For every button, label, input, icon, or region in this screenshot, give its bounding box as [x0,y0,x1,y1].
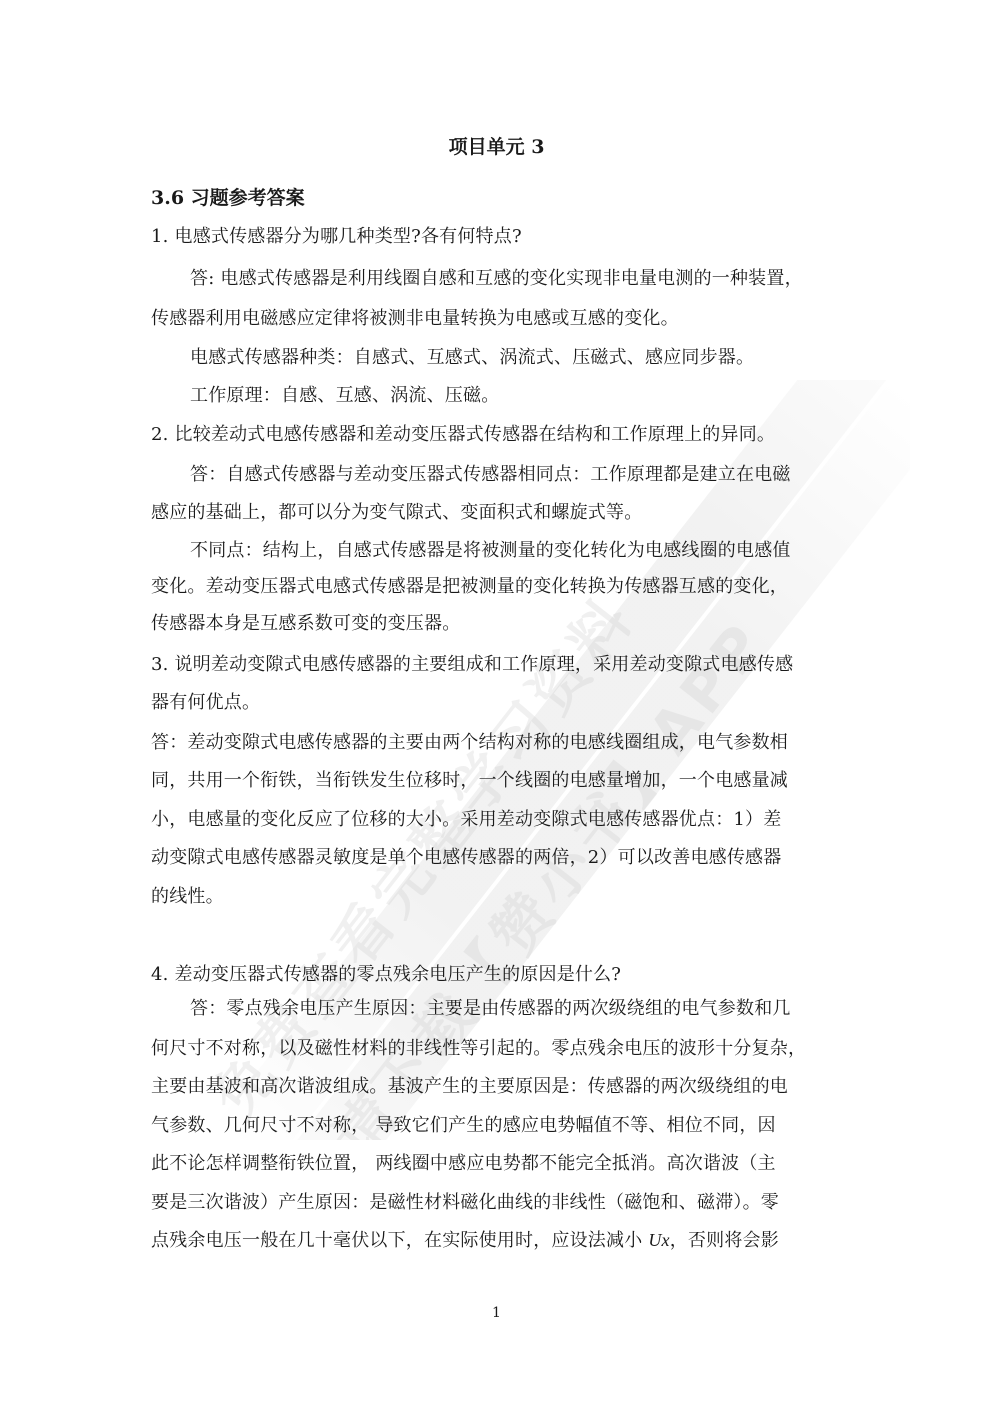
answer-1-types: 电感式传感器种类：自感式、互感式、涡流式、压磁式、感应同步器。 [190,343,754,369]
answer-2-line: 感应的基础上，都可以分为变气隙式、变面积式和螺旋式等。 [151,498,642,524]
answer-4-line: 气参数、几何尺寸不对称， 导致它们产生的感应电势幅值不等、相位不同，因 [151,1111,776,1137]
answer-3-line: 答：差动变隙式电感传感器的主要由两个结构对称的电感线圈组成，电气参数相 [151,728,788,754]
answer-4-line: 答：零点残余电压产生原因：主要是由传感器的两次级绕组的电气参数和几 [190,994,791,1020]
answer-4-text-end: ，否则将会影 [670,1230,779,1251]
question-2: 2. 比较差动式电感传感器和差动变压器式传感器在结构和工作原理上的异同。 [151,420,775,446]
document-page: 免费查看完整学习资料 请下载【赞小书】APP 项目单元 3 3.6 习题参考答案… [0,0,993,1404]
variable-ux: Ux [648,1230,669,1250]
section-heading: 3.6 习题参考答案 [151,183,305,210]
answer-2-line: 答：自感式传感器与差动变压器式传感器相同点：工作原理都是建立在电磁 [190,460,791,486]
watermark-band [214,380,910,1140]
question-3: 3. 说明差动变隙式电感传感器的主要组成和工作原理，采用差动变隙式电感传感 [151,650,793,676]
answer-3-line: 的线性。 [151,882,224,908]
watermark-band [214,380,910,1140]
page-title: 项目单元 3 [0,132,993,159]
answer-4-line: 此不论怎样调整衔铁位置， 两线圈中感应电势都不能完全抵消。高次谐波（主 [151,1149,776,1175]
question-1: 1. 电感式传感器分为哪几种类型?各有何特点? [151,222,522,248]
answer-1-line: 传感器利用电磁感应定律将被测非电量转换为电感或互感的变化。 [151,304,679,330]
answer-4-line: 要是三次谐波）产生原因：是磁性材料磁化曲线的非线性（磁饱和、磁滞）。零 [151,1188,779,1214]
answer-3-line: 小，电感量的变化反应了位移的大小。采用差动变隙式电感传感器优点：1）差 [151,805,781,831]
watermark: 免费查看完整学习资料 请下载【赞小书】APP [150,380,910,1140]
answer-1-line: 答: 电感式传感器是利用线圈自感和互感的变化实现非电量电测的一种装置， [190,264,803,290]
answer-3-line: 动变隙式电感传感器灵敏度是单个电感传感器的两倍，2）可以改善电感传感器 [151,843,781,869]
answer-4-line: 何尺寸不对称，以及磁性材料的非线性等引起的。零点残余电压的波形十分复杂， [151,1034,806,1060]
answer-4-line: 主要由基波和高次谐波组成。基波产生的主要原因是：传感器的两次级绕组的电 [151,1072,788,1098]
page-number: 1 [0,1305,993,1321]
answer-2-line: 不同点：结构上，自感式传感器是将被测量的变化转化为电感线圈的电感值 [190,536,791,562]
answer-2-line: 变化。差动变压器式电感式传感器是把被测量的变化转换为传感器互感的变化， [151,572,788,598]
answer-1-principle: 工作原理：自感、互感、涡流、压磁。 [190,381,499,407]
answer-2-line: 传感器本身是互感系数可变的变压器。 [151,609,460,635]
answer-4-line-last: 点残余电压一般在几十毫伏以下，在实际使用时，应设法减小 Ux，否则将会影 [151,1226,779,1252]
answer-4-text: 点残余电压一般在几十毫伏以下，在实际使用时，应设法减小 [151,1230,648,1251]
answer-3-line: 同，共用一个衔铁，当衔铁发生位移时，一个线圈的电感量增加，一个电感量减 [151,766,788,792]
question-4: 4. 差动变压器式传感器的零点残余电压产生的原因是什么? [151,960,621,986]
question-3-cont: 器有何优点。 [151,688,260,714]
